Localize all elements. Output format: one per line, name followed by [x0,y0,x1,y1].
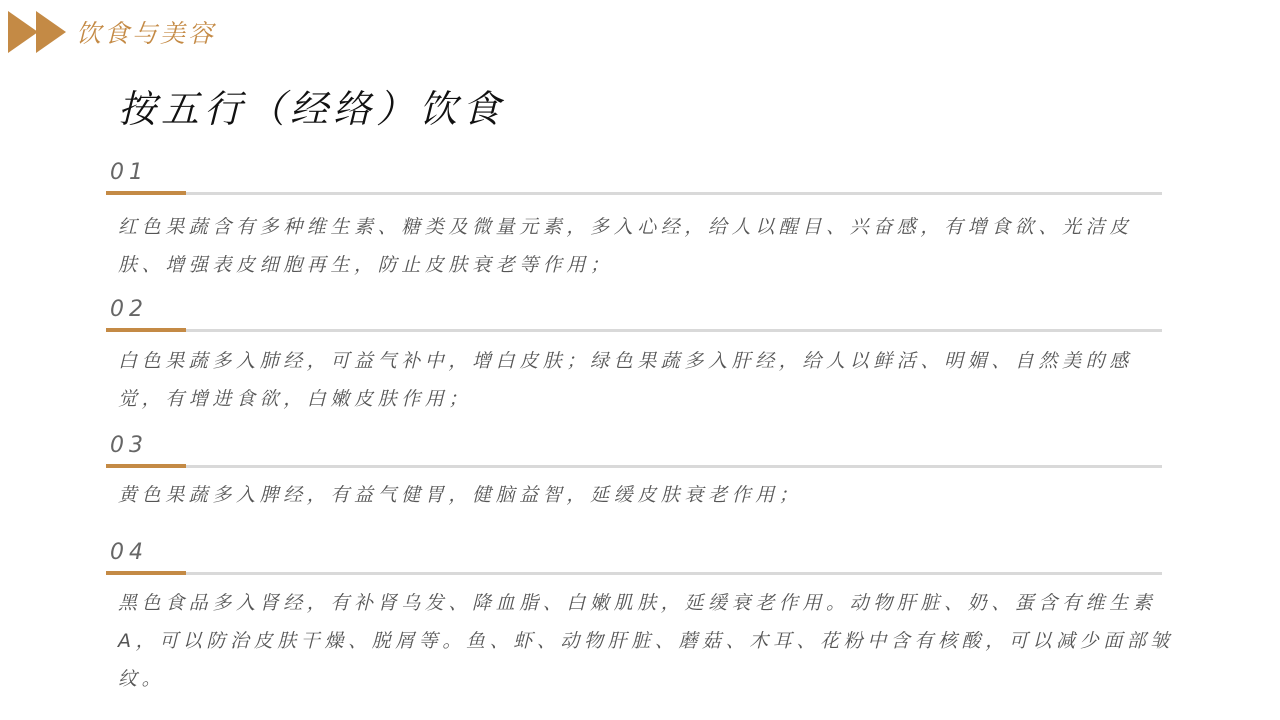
section-number: 01 [110,160,148,185]
section-text: 黑色食品多入肾经，有补肾乌发、降血脂、白嫩肌肤，延缓衰老作用。动物肝脏、奶、蛋含… [118,584,1178,698]
section-text: 黄色果蔬多入脾经，有益气健胃，健脑益智，延缓皮肤衰老作用； [118,476,1178,514]
chevron-right-icon [36,11,66,53]
divider-accent [106,328,186,332]
section-text: 红色果蔬含有多种维生素、糖类及微量元素，多入心经，给人以醒目、兴奋感，有增食欲、… [118,208,1178,284]
section-text: 白色果蔬多入肺经，可益气补中，增白皮肤；绿色果蔬多入肝经，给人以鲜活、明媚、自然… [118,342,1178,418]
section-number: 03 [110,433,148,458]
divider-accent [106,464,186,468]
divider [106,192,1162,195]
divider [106,572,1162,575]
page-title: 按五行（经络）饮食 [118,78,505,133]
header: 饮食与美容 [8,10,216,54]
divider-accent [106,191,186,195]
section-number: 04 [110,540,148,565]
section-number: 02 [110,297,148,322]
chevron-right-icon [8,11,38,53]
header-title: 饮食与美容 [76,14,216,50]
divider [106,465,1162,468]
divider [106,329,1162,332]
divider-accent [106,571,186,575]
